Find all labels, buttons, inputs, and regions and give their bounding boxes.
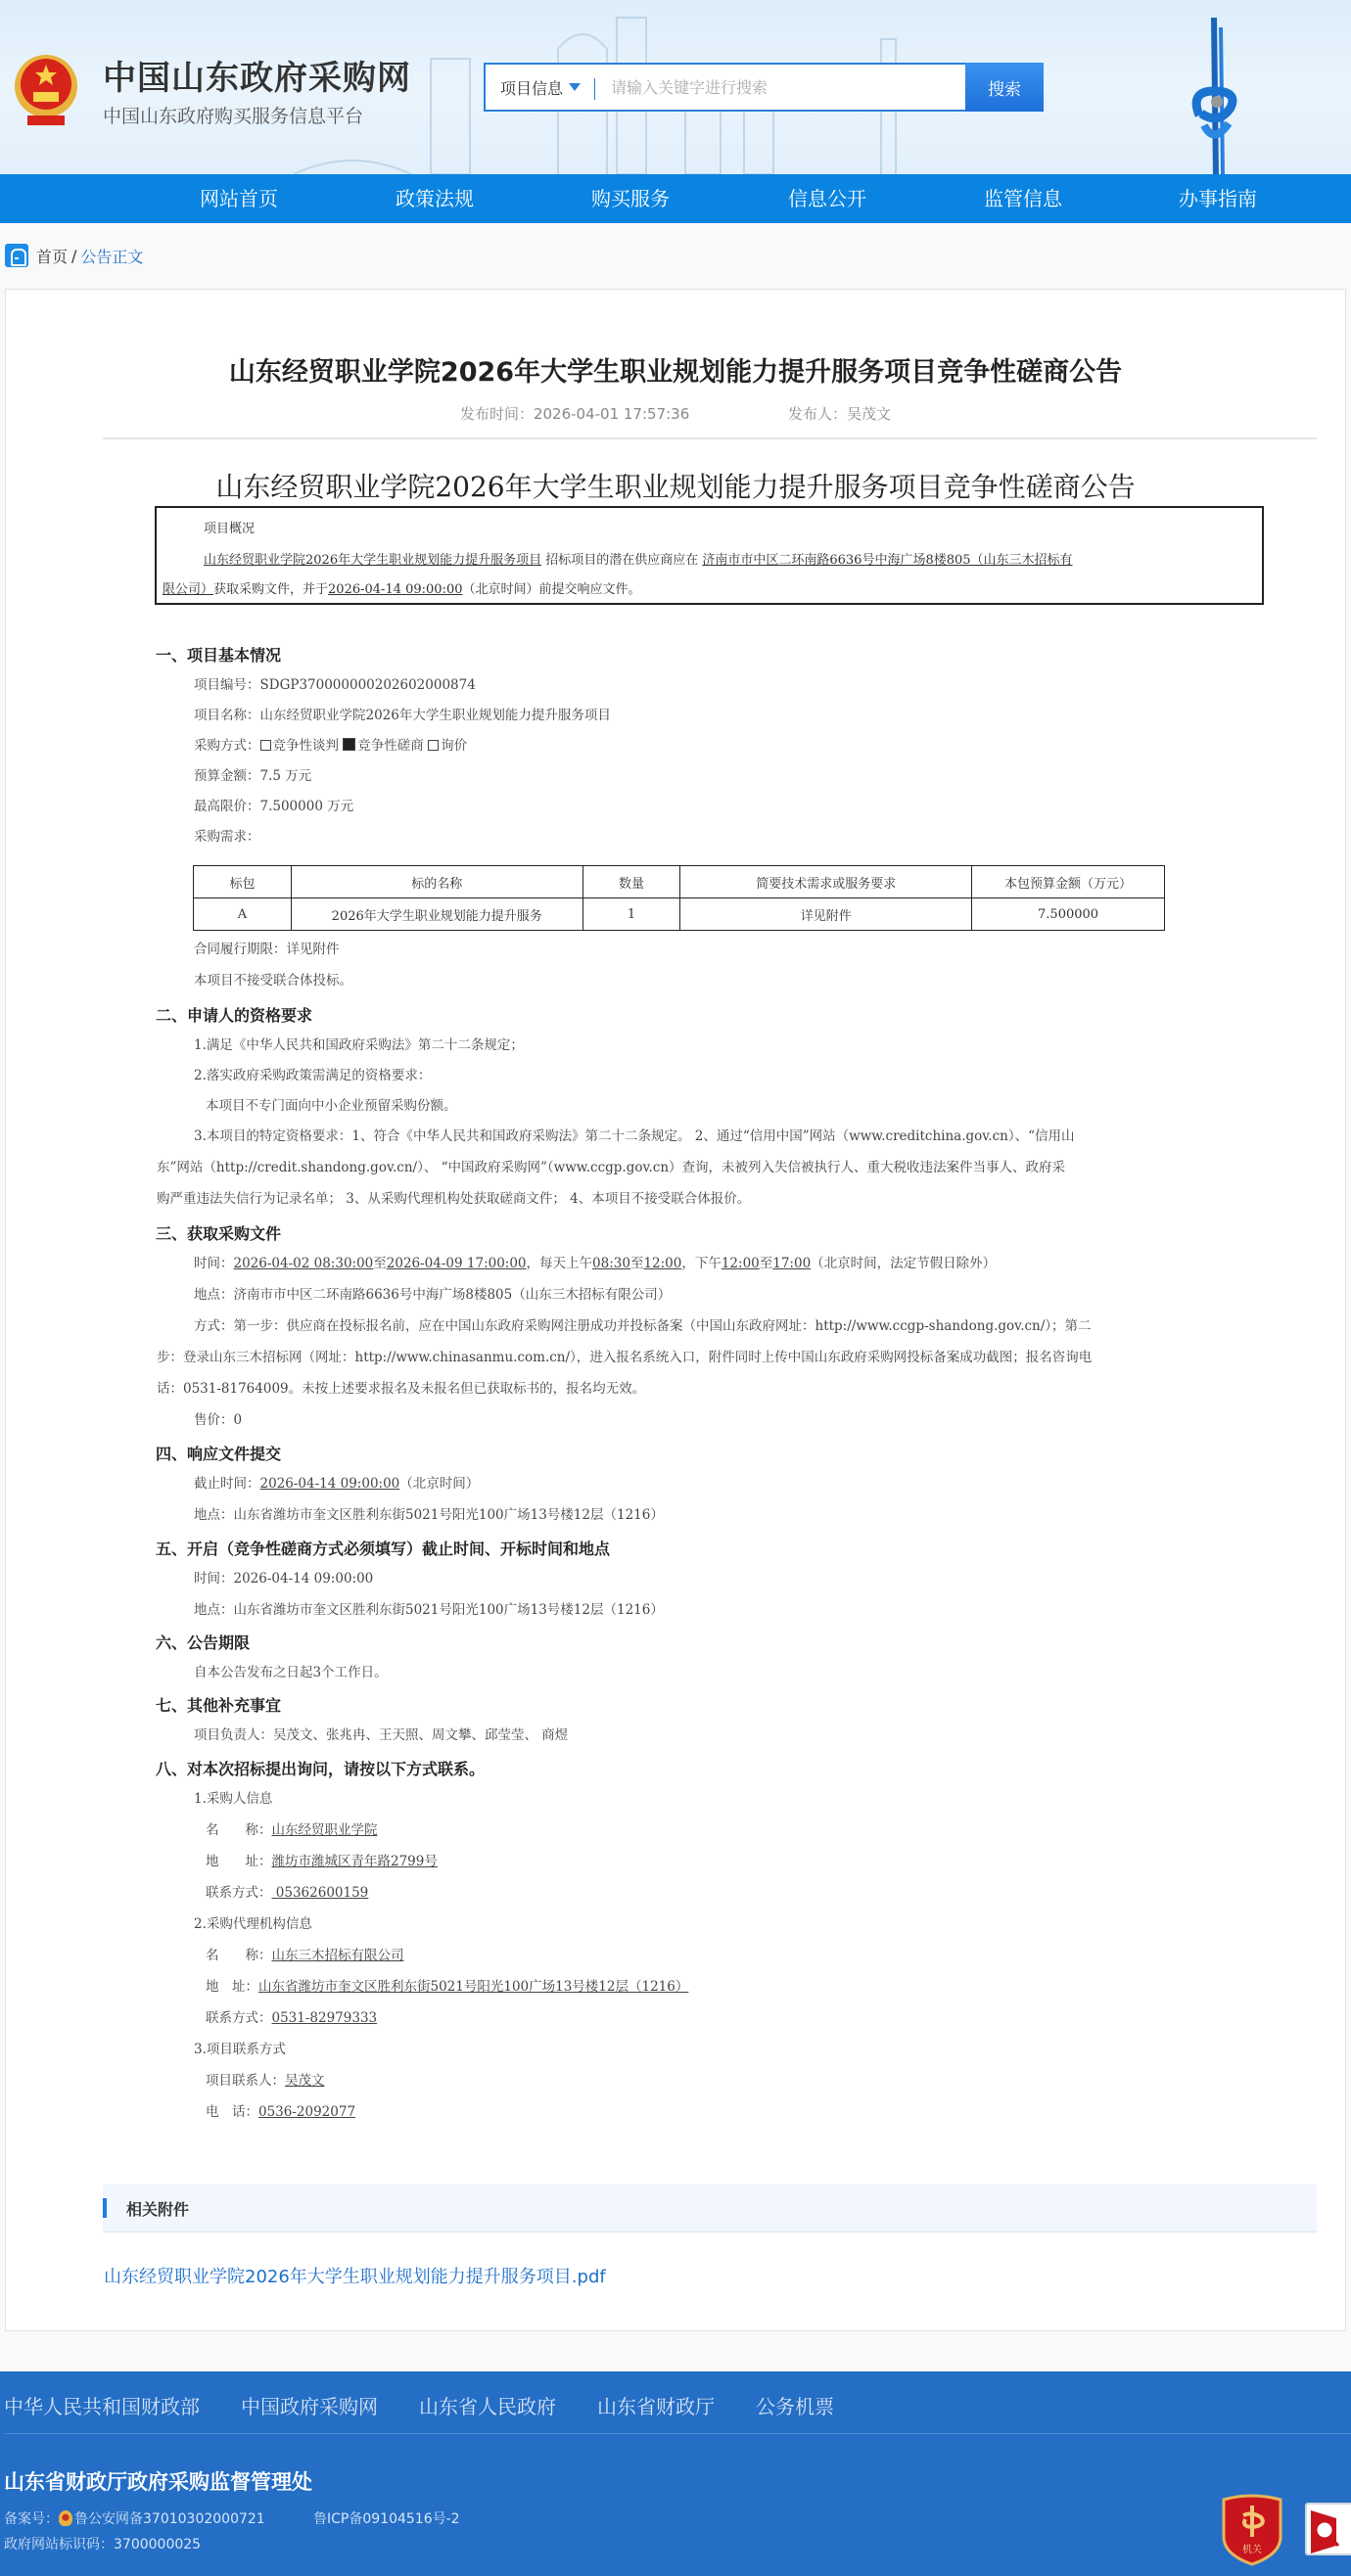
value: 山东省潍坊市奎文区胜利东街5021号阳光100广场13号楼12层（1216） [258, 1979, 688, 1995]
submission-deadline: 截止时间：2026-04-14 09:00:00（北京时间） [194, 1472, 479, 1492]
search-input[interactable] [595, 65, 965, 110]
am-start: 08:30 [592, 1256, 630, 1271]
overview-deadline: 2026-04-14 09:00:00 [328, 582, 462, 597]
site-code: 政府网站标识码：3700000025 [4, 2534, 201, 2553]
announcement-period: 自本公告发布之日起3个工作日。 [194, 1661, 388, 1680]
doc-acquire-method-line-1: 方式：第一步：供应商在投标报名前，应在中国山东政府采购网注册成功并投标备案（中国… [194, 1314, 1092, 1334]
label: 地 址： [206, 1854, 272, 1869]
record-label: 备案号： [4, 2508, 59, 2528]
attachments-header: 相关附件 [103, 2185, 1317, 2232]
accent-bar [103, 2198, 107, 2218]
cell-quantity: 1 [582, 898, 680, 931]
project-overview-box: 项目概况 山东经贸职业学院2026年大学生职业规划能力提升服务项目 招标项目的潜… [155, 506, 1264, 605]
nav-guide[interactable]: 办事指南 [1179, 174, 1257, 223]
footer-link-sd-gov[interactable]: 山东省人民政府 [419, 2391, 556, 2419]
project-contact-heading: 3.项目联系方式 [194, 2038, 286, 2057]
section-6-heading: 六、公告期限 [156, 1631, 250, 1653]
cell-package: A [194, 898, 292, 931]
qualification-3-line-3: 购严重违法失信行为记录名单； 3、从采购代理机构处获取磋商文件； 4、本项目不接… [157, 1187, 750, 1207]
project-contact-phone: 电 话：0536-2092077 [206, 2100, 355, 2120]
cell-requirements: 详见附件 [680, 898, 972, 931]
search-bar: 项目信息 搜索 [484, 63, 1044, 112]
method-negotiation: 竞争性谈判 [273, 738, 340, 754]
article-title: 山东经贸职业学院2026年大学生职业规划能力提升服务项目竞争性磋商公告 [0, 350, 1351, 389]
publisher: 发布人：吴茂文 [788, 405, 891, 423]
nav-policies[interactable]: 政策法规 [396, 174, 474, 223]
th-quantity: 数量 [582, 866, 680, 898]
attachment-link[interactable]: 山东经贸职业学院2026年大学生职业规划能力提升服务项目.pdf [104, 2263, 606, 2288]
opening-place: 地点：山东省潍坊市奎文区胜利东街5021号阳光100广场13号楼12层（1216… [194, 1598, 664, 1618]
contract-period: 合同履行期限：详见附件 [194, 938, 340, 957]
footer-link-mof[interactable]: 中华人民共和国财政部 [4, 2391, 200, 2419]
method-label: 采购方式： [194, 738, 260, 754]
label: 联系方式： [206, 2010, 272, 2026]
project-number: 项目编号：SDGP370000000202602000874 [194, 673, 476, 693]
error-report-badge[interactable] [1305, 2503, 1351, 2555]
label: 地 址： [206, 1979, 258, 1995]
government-agency-badge-icon[interactable]: 机关 [1220, 2494, 1284, 2566]
procurement-method: 采购方式：竞争性谈判 竞争性磋商 询价 [194, 734, 467, 754]
to-text: 至 [373, 1256, 387, 1271]
police-badge-icon [59, 2510, 72, 2526]
section-1-heading: 一、项目基本情况 [156, 643, 281, 666]
overview-text: 招标项目的潜在供应商应在 [541, 553, 702, 568]
label: 名 称： [206, 1948, 272, 1963]
qualification-2-detail: 本项目不专门面向中小企业预留采购份额。 [206, 1094, 457, 1114]
magnifier-icon [1307, 2505, 1351, 2555]
pm-start: 12:00 [722, 1256, 760, 1271]
home-icon[interactable] [5, 244, 28, 267]
consortium-note: 本项目不接受联合体投标。 [194, 969, 352, 989]
doc-acquire-method-line-2: 步：登录山东三木招标网（网址：http://www.chinasanmu.com… [157, 1346, 1092, 1365]
overview-heading: 项目概况 [204, 518, 255, 536]
purchaser-address: 地 址：潍坊市潍城区青年路2799号 [206, 1850, 438, 1869]
qualification-1: 1.满足《中华人民共和国政府采购法》第二十二条规定； [194, 1034, 524, 1053]
caret-down-icon [569, 83, 581, 91]
qualification-3-line-2: 东”网站（http://credit.shandong.gov.cn/）、 “中… [157, 1156, 1065, 1175]
site-footer: 中华人民共和国财政部 中国政府采购网 山东省人民政府 山东省财政厅 公务机票 山… [0, 2371, 1351, 2576]
search-category-select[interactable]: 项目信息 [486, 65, 595, 110]
value: 0531-82979333 [272, 2010, 378, 2026]
doc-acquire-time: 时间：2026-04-02 08:30:00至2026-04-09 17:00:… [194, 1252, 996, 1271]
th-budget: 本包预算金额（万元） [972, 866, 1165, 898]
footer-link-ccgp[interactable]: 中国政府采购网 [241, 2391, 378, 2419]
nav-purchase-services[interactable]: 购买服务 [591, 174, 670, 223]
table-header-row: 标包 标的名称 数量 简要技术需求或服务要求 本包预算金额（万元） [194, 866, 1165, 898]
section-7-heading: 七、其他补充事宜 [156, 1693, 281, 1716]
checkbox-consultation-checked [343, 738, 355, 751]
pm-end: 17:00 [772, 1256, 811, 1271]
deadline-label: 截止时间： [194, 1476, 260, 1492]
demand-label: 采购需求： [194, 825, 260, 845]
project-contact-person: 项目联系人：吴茂文 [206, 2069, 325, 2089]
budget-amount: 预算金额：7.5 万元 [194, 764, 311, 784]
breadcrumb-separator: / [71, 247, 76, 265]
breadcrumb-home[interactable]: 首页 [36, 245, 68, 267]
agency-name: 名 称：山东三木招标有限公司 [206, 1944, 404, 1963]
nav-info-disclosure[interactable]: 信息公开 [788, 174, 866, 223]
time-label: 时间： [194, 1256, 234, 1271]
purchaser-name: 名 称：山东经贸职业学院 [206, 1818, 378, 1838]
overview-line-2: 限公司）获取采购文件，并于2026-04-14 09:00:00（北京时间）前提… [163, 578, 641, 597]
search-button[interactable]: 搜索 [965, 63, 1044, 112]
overview-project-link: 山东经贸职业学院2026年大学生职业规划能力提升服务项目 [204, 553, 541, 568]
time-end: 2026-04-09 17:00:00 [387, 1256, 527, 1271]
project-name: 项目名称：山东经贸职业学院2026年大学生职业规划能力提升服务项目 [194, 704, 611, 723]
max-price: 最高限价：7.500000 万元 [194, 795, 353, 814]
icp-record-link[interactable]: 鲁ICP备09104516号-2 [313, 2508, 460, 2528]
cell-item-name: 2026年大学生职业规划能力提升服务 [291, 898, 582, 931]
footer-divider [5, 2433, 1351, 2434]
title-divider [103, 437, 1317, 439]
project-leaders: 项目负责人：吴茂文、张兆冉、王天照、周文攀、邱莹莹、 商煜 [194, 1724, 568, 1743]
deadline-value: 2026-04-14 09:00:00 [260, 1476, 400, 1492]
svg-text:机关: 机关 [1242, 2543, 1262, 2555]
quancheng-tower-logo [1180, 8, 1248, 174]
document-title: 山东经贸职业学院2026年大学生职业规划能力提升服务项目竞争性磋商公告 [0, 466, 1351, 505]
doc-acquire-method-line-3: 话：0531-81764009。未按上述要求报名及未报名但已获取标书的，报名均无… [157, 1377, 645, 1397]
overview-text-3: （北京时间）前提交响应文件。 [463, 582, 641, 597]
site-header: 中国山东政府采购网 中国山东政府购买服务信息平台 项目信息 搜索 [0, 0, 1351, 174]
daily-prefix: ，每天上午 [527, 1256, 593, 1271]
section-2-heading: 二、申请人的资格要求 [156, 1003, 312, 1026]
value: 山东经贸职业学院 [272, 1822, 378, 1838]
th-package: 标包 [194, 866, 292, 898]
value: 吴茂文 [285, 2073, 325, 2089]
submission-place: 地点：山东省潍坊市奎文区胜利东街5021号阳光100广场13号楼12层（1216… [194, 1503, 664, 1523]
footer-record: 备案号： 鲁公安网备37010302000721 [4, 2508, 265, 2528]
label: 联系方式： [206, 1885, 272, 1901]
label: 电 话： [206, 2104, 258, 2120]
doc-acquire-place: 地点：济南市市中区二环南路6636号中海广场8楼805（山东三木招标有限公司） [194, 1283, 671, 1303]
method-inquiry: 询价 [441, 738, 467, 754]
breadcrumb: 首页 / 公告正文 [5, 243, 143, 268]
site-subtitle: 中国山东政府购买服务信息平台 [103, 102, 363, 128]
value: 潍坊市潍城区青年路2799号 [272, 1854, 438, 1869]
police-record-link[interactable]: 鲁公安网备37010302000721 [74, 2508, 265, 2528]
time-suffix: （北京时间，法定节假日除外） [811, 1256, 996, 1271]
publish-time: 发布时间：2026-04-01 17:57:36 [460, 405, 689, 423]
time-start: 2026-04-02 08:30:00 [234, 1256, 374, 1271]
value: 山东三木招标有限公司 [272, 1948, 404, 1963]
footer-link-air-tickets[interactable]: 公务机票 [756, 2391, 834, 2419]
article-meta: 发布时间：2026-04-01 17:57:36 发布人：吴茂文 [0, 403, 1351, 424]
th-item-name: 标的名称 [291, 866, 582, 898]
section-8-heading: 八、对本次招标提出询问，请按以下方式联系。 [156, 1757, 485, 1779]
nav-supervision[interactable]: 监管信息 [984, 174, 1062, 223]
footer-org: 山东省财政厅政府采购监督管理处 [4, 2466, 312, 2496]
overview-text-2: 获取采购文件，并于 [213, 582, 328, 597]
purchaser-contact: 联系方式： 05362600159 [206, 1881, 368, 1901]
requirements-table: 标包 标的名称 数量 简要技术需求或服务要求 本包预算金额（万元） A 2026… [193, 865, 1165, 931]
th-requirements: 简要技术需求或服务要求 [680, 866, 972, 898]
section-3-heading: 三、获取采购文件 [156, 1221, 281, 1244]
qualification-3-line-1: 3.本项目的特定资格要求：1、符合《中华人民共和国政府采购法》第二十二条规定。 … [194, 1125, 1075, 1144]
section-4-heading: 四、响应文件提交 [156, 1442, 281, 1464]
pm-prefix: ，下午 [681, 1256, 722, 1271]
nav-home[interactable]: 网站首页 [200, 174, 278, 223]
deadline-suffix: （北京时间） [399, 1476, 479, 1492]
label: 项目联系人： [206, 2073, 285, 2089]
search-category-label: 项目信息 [500, 76, 563, 99]
agency-contact: 联系方式：0531-82979333 [206, 2006, 377, 2026]
checkbox-negotiation [260, 740, 271, 751]
agency-address: 地 址：山东省潍坊市奎文区胜利东街5021号阳光100广场13号楼12层（121… [206, 1975, 688, 1995]
site-title[interactable]: 中国山东政府采购网 [103, 51, 411, 99]
agency-heading: 2.采购代理机构信息 [194, 1912, 312, 1932]
am-end: 12:00 [643, 1256, 681, 1271]
table-row: A 2026年大学生职业规划能力提升服务 1 详见附件 7.500000 [194, 898, 1165, 931]
attachments-heading: 相关附件 [126, 2197, 189, 2220]
value: 05362600159 [272, 1885, 369, 1901]
to-text: 至 [760, 1256, 773, 1271]
national-emblem-icon [12, 51, 80, 129]
overview-line-1: 山东经贸职业学院2026年大学生职业规划能力提升服务项目 招标项目的潜在供应商应… [204, 549, 1250, 568]
main-nav: 网站首页 政策法规 购买服务 信息公开 监管信息 办事指南 [0, 174, 1351, 223]
to-text: 至 [630, 1256, 644, 1271]
purchaser-heading: 1.采购人信息 [194, 1787, 272, 1807]
checkbox-inquiry [428, 740, 439, 751]
breadcrumb-current: 公告正文 [80, 245, 143, 267]
opening-time: 时间：2026-04-14 09:00:00 [194, 1567, 373, 1587]
footer-link-sd-finance[interactable]: 山东省财政厅 [597, 2391, 715, 2419]
label: 名 称： [206, 1822, 272, 1838]
qualification-2: 2.落实政府采购政策需满足的资格要求： [194, 1064, 431, 1083]
value: 0536-2092077 [258, 2104, 355, 2120]
doc-price: 售价：0 [194, 1408, 242, 1428]
overview-location: 济南市市中区二环南路6636号中海广场8楼805（山东三木招标有 [702, 553, 1072, 568]
section-5-heading: 五、开启（竞争性磋商方式必须填写）截止时间、开标时间和地点 [156, 1537, 610, 1559]
footer-links: 中华人民共和国财政部 中国政府采购网 山东省人民政府 山东省财政厅 公务机票 [0, 2391, 875, 2419]
cell-budget: 7.500000 [972, 898, 1165, 931]
method-consultation: 竞争性磋商 [357, 738, 424, 754]
overview-location-cont: 限公司） [163, 582, 213, 597]
